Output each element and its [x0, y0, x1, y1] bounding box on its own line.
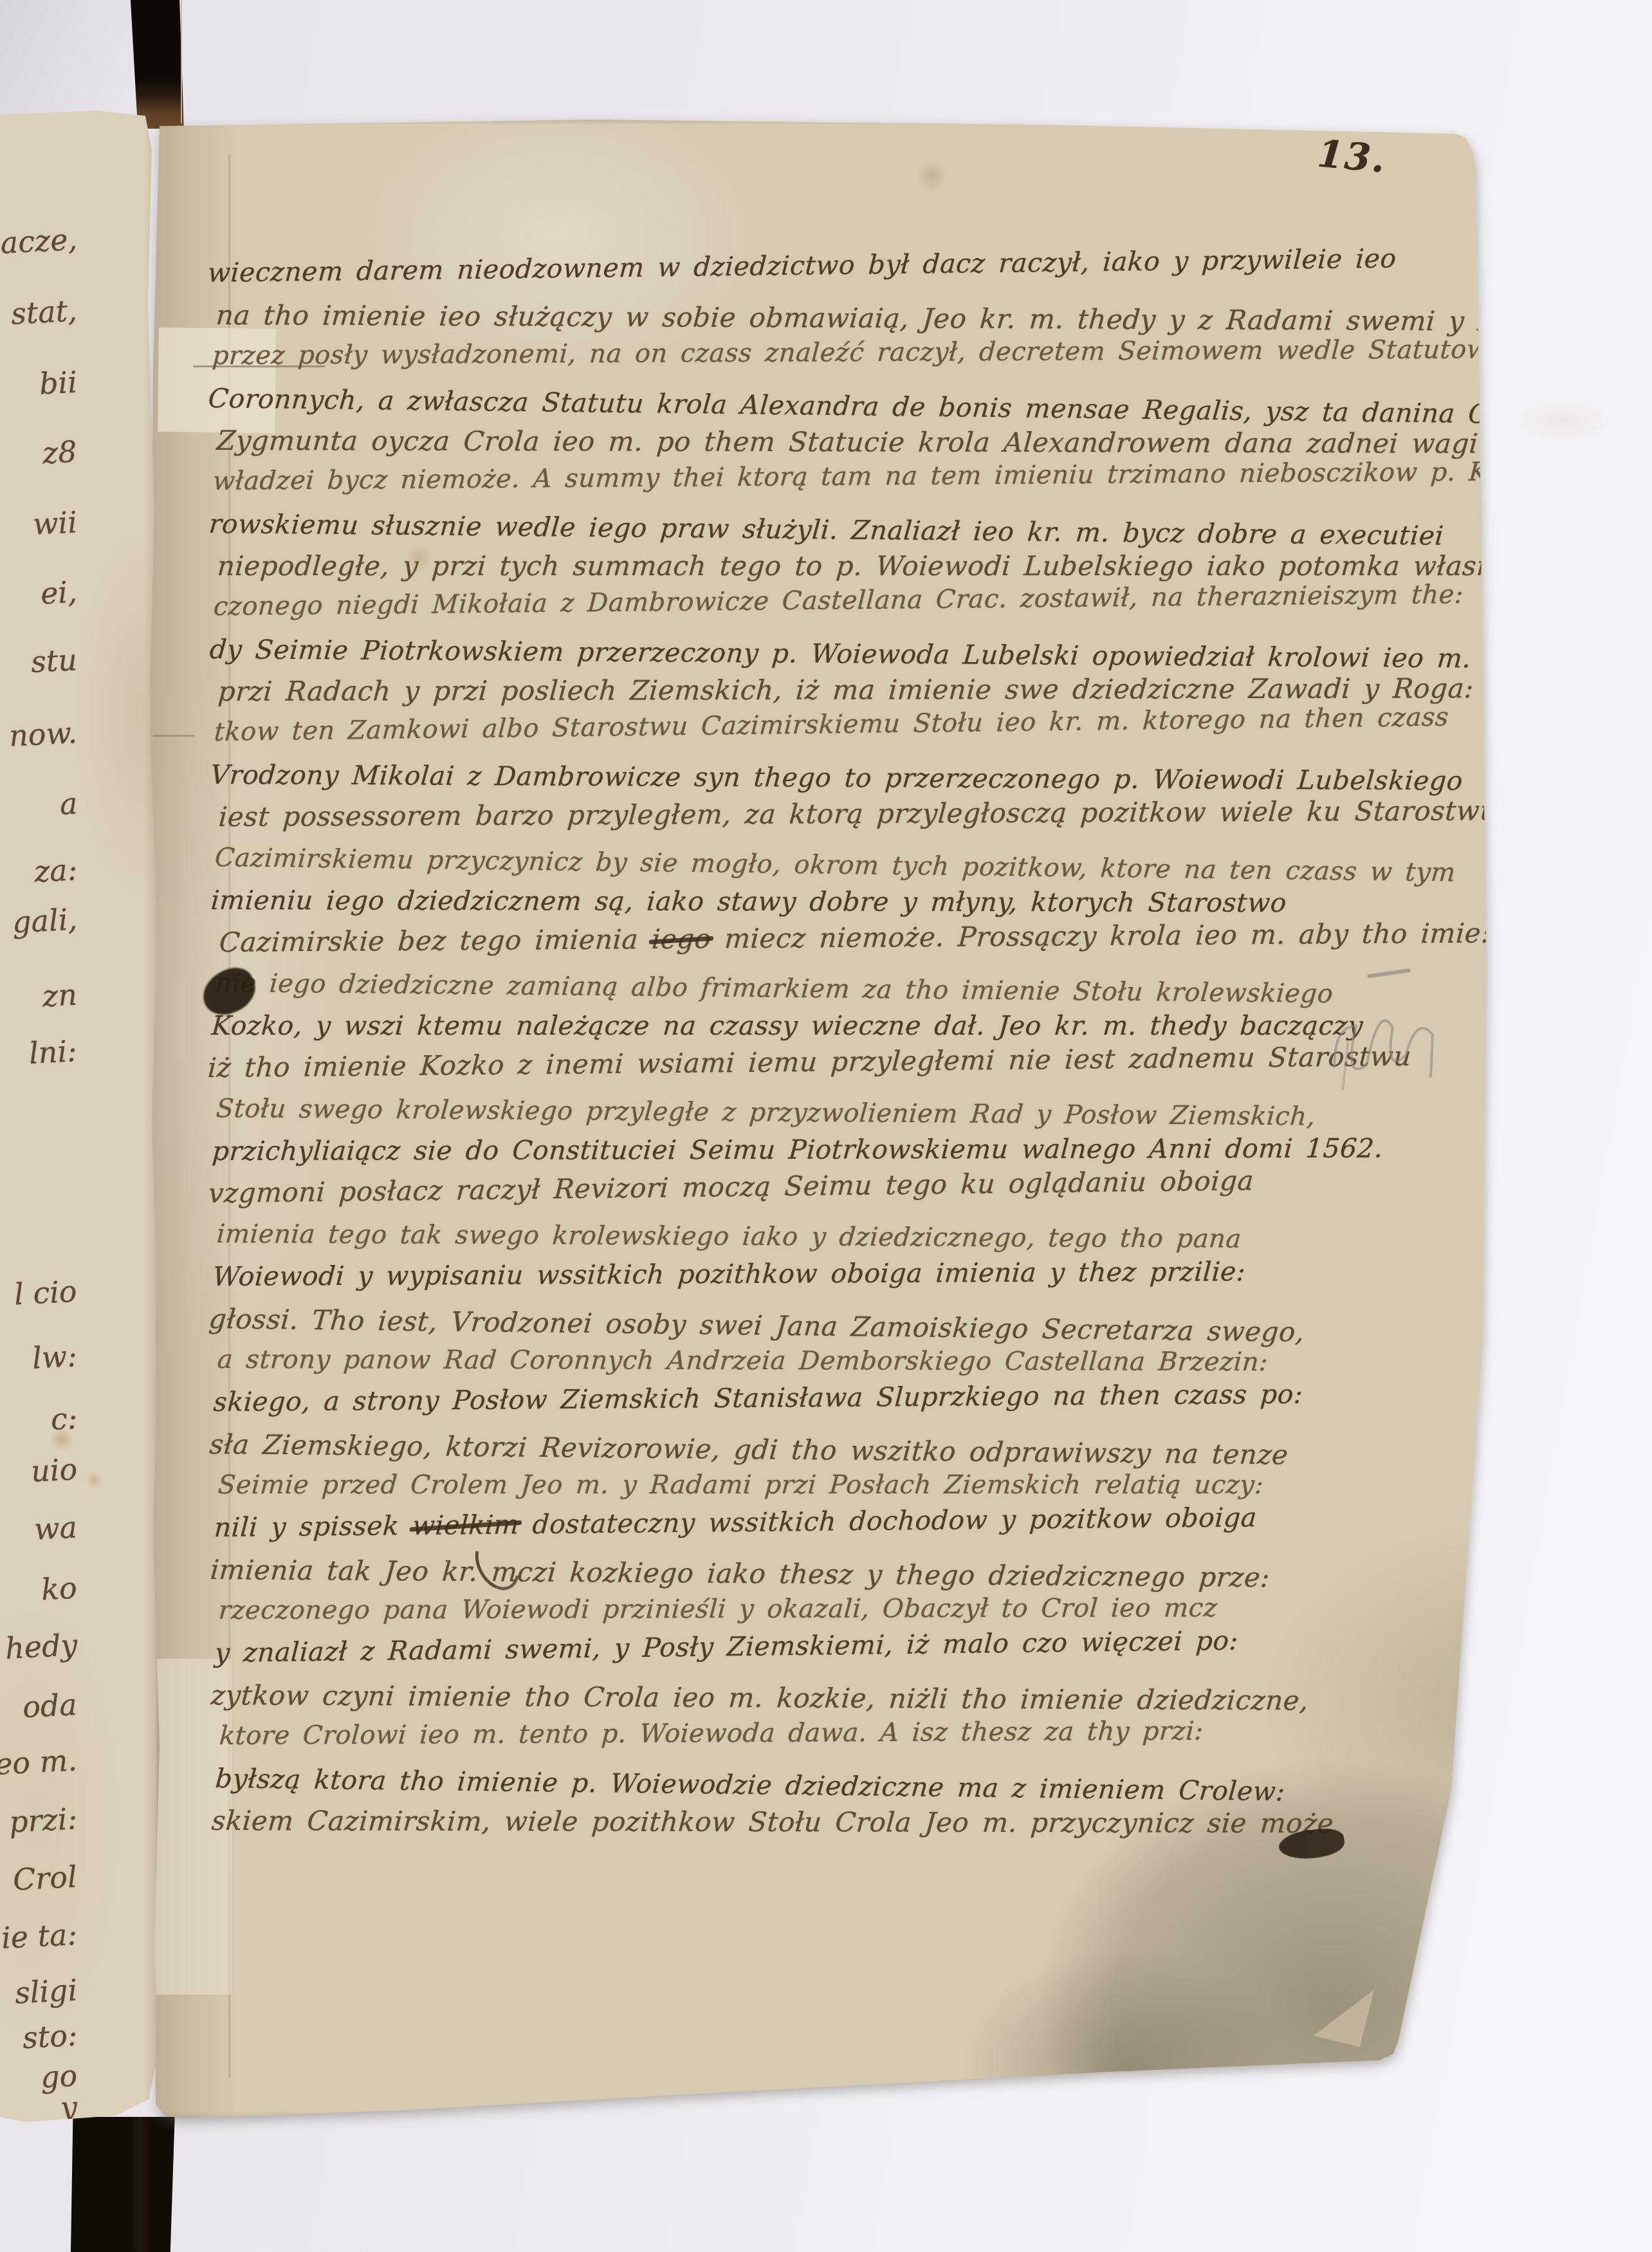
manuscript-line: Seimie przed Crolem Jeo m. y Radami przi… [217, 1470, 1265, 1500]
manuscript-line: skiego, a strony Posłow Ziemskich Stanis… [212, 1379, 1303, 1417]
manuscript-scan: 13. wiecznem darem nieodzownem w dziedzi… [0, 0, 1652, 2252]
manuscript-page: 13. wiecznem darem nieodzownem w dziedzi… [143, 116, 1526, 2127]
manuscript-line: imieniu iego dziedzicznem są, iako stawy… [210, 885, 1287, 918]
facing-page-fragment: wii [32, 507, 78, 539]
facing-page-fragment: z8 [42, 437, 78, 468]
manuscript-line: Stołu swego krolewskiego przyległe z prz… [215, 1094, 1316, 1132]
manuscript-line: wiecznem darem nieodzownem w dziedzictwo… [207, 243, 1398, 288]
facing-page-fragment: gali, [12, 904, 78, 937]
scanner-smudge [1492, 392, 1634, 450]
manuscript-line: vzgmoni posłacz raczył Revizori moczą Se… [208, 1165, 1255, 1209]
struck-word: iego [651, 923, 713, 955]
facing-page-fragment: zn [42, 980, 78, 1011]
manuscript-line: Woiewodi y wypisaniu wssitkich pozithkow… [212, 1256, 1246, 1292]
facing-page-fragment: y [60, 2092, 78, 2122]
facing-page-fragment: lw: [32, 1341, 78, 1373]
facing-page-fragment: hedy [5, 1630, 78, 1663]
facing-page-fragment: ie ta: [1, 1919, 78, 1953]
facing-page-fragment: za: [33, 854, 78, 886]
binding-strap-bottom [71, 2117, 181, 2252]
manuscript-line: Coronnych, a zwłascza Statutu krola Alex… [207, 383, 1544, 430]
manuscript-line: na tho imienie ieo służączy w sobie obma… [215, 299, 1607, 338]
manuscript-line: rzeczonego pana Woiewodi przinieśli y ok… [217, 1593, 1218, 1625]
manuscript-line: Kozko, y wszi ktemu należącze na czassy … [210, 1010, 1364, 1041]
facing-page-fragment: sto: [22, 2020, 78, 2053]
manuscript-line: zytkow czyni imienie tho Crola ieo m. ko… [210, 1679, 1310, 1716]
facing-page-fragment: stat, [10, 295, 78, 328]
manuscript-line: ktore Crolowi ieo m. tento p. Woiewoda d… [219, 1717, 1205, 1751]
manuscript-line: rowskiemu słusznie wedle iego praw służy… [208, 508, 1445, 551]
facing-page-fragment: feo m. [0, 1745, 78, 1780]
manuscript-line: Cazimirskiemu przyczynicz by sie mogło, … [214, 843, 1457, 888]
facing-page-fragment: wa [33, 1512, 78, 1544]
manuscript-line: y znaliazł z Radami swemi, y Posły Ziems… [214, 1625, 1240, 1668]
facing-page-fragment: l cio [14, 1276, 78, 1309]
manuscript-line: Cazimirskie bez tego imienia iego miecz … [218, 918, 1491, 959]
manuscript-line: imienia tak Jeo kr. mczi kozkiego iako t… [209, 1554, 1271, 1593]
facing-page-fragment: bii [39, 367, 78, 398]
facing-page-fragment: lacze, [0, 225, 78, 259]
manuscript-line: skiem Cazimirskim, wiele pozithkow Stołu… [210, 1805, 1335, 1839]
struck-word: wielkim [412, 1509, 520, 1541]
pencil-scribble [1316, 963, 1458, 1104]
facing-page-fragment: sligi [14, 1975, 78, 2007]
manuscript-line: przi Radach y przi posliech Ziemskich, i… [217, 672, 1474, 707]
manuscript-line: nili y spissek wielkim dostateczny wssit… [214, 1502, 1258, 1543]
manuscript-line: imienia tego tak swego krolewskiego iako… [216, 1219, 1242, 1254]
manuscript-line: przichyliaiącz sie do Constituciei Seimu… [211, 1133, 1384, 1167]
manuscript-line: Zygmunta oycza Crola ieo m. po them Stat… [216, 425, 1536, 459]
manuscript-line: tkow ten Zamkowi albo Starostwu Cazimirs… [214, 703, 1450, 747]
facing-page-fragment: gijs [24, 2128, 78, 2161]
facing-page-fragment: c: [50, 1403, 78, 1434]
text-block: wiecznem darem nieodzownem w dziedzictwo… [143, 116, 1526, 2127]
facing-page-fragment: Crol [12, 1861, 78, 1894]
manuscript-line: iż tho imienie Kozko z inemi wsiami iemu… [207, 1040, 1413, 1084]
underlying-sheet-edge [181, 0, 182, 124]
manuscript-line: Vrodzony Mikolai z Dambrowicze syn thego… [209, 759, 1464, 796]
facing-page-fragment: lni: [28, 1036, 78, 1068]
facing-page-fragment: stu [30, 645, 78, 677]
facing-page-sliver: lacze,stat,biiz8wiiei,stunow.aza:gali,zn… [0, 111, 162, 2125]
manuscript-line: nie iego dziedziczne zamianą albo frimar… [214, 968, 1334, 1009]
manuscript-line: iest possessorem barzo przyległem, za kt… [217, 795, 1498, 833]
manuscript-line: przez posły wysładzonemi, na on czass zn… [212, 335, 1491, 371]
facing-page-fragment: go [40, 2061, 78, 2092]
facing-page-fragment: uio [30, 1454, 78, 1486]
facing-page-fragment: ei, [40, 577, 78, 609]
manuscript-line: a strony panow Rad Coronnych Andrzeia De… [216, 1345, 1269, 1377]
manuscript-line: władzei bycz niemoże. A summy thei ktorą… [212, 457, 1514, 496]
manuscript-line: byłszą ktora tho imienie p. Woiewodzie d… [214, 1763, 1287, 1807]
manuscript-line: sła Ziemskiego, ktorzi Revizorowie, gdi … [208, 1428, 1289, 1470]
manuscript-line: czonego niegdi Mikołaia z Dambrowicze Ca… [213, 580, 1465, 622]
manuscript-line: dy Seimie Piotrkowskiem przerzeczony p. … [208, 634, 1473, 674]
manuscript-line: głossi. Tho iest, Vrodzonei osoby swei J… [208, 1303, 1306, 1348]
facing-page-fragment: now. [8, 717, 78, 750]
facing-page-fragment: a [59, 788, 78, 818]
facing-page-fragment: oda [22, 1690, 78, 1722]
facing-page-fragment: ko [41, 1573, 78, 1605]
manuscript-line: niepodległe, y przi tych summach tego to… [216, 550, 1652, 582]
facing-page-fragment: przi: [8, 1804, 78, 1836]
